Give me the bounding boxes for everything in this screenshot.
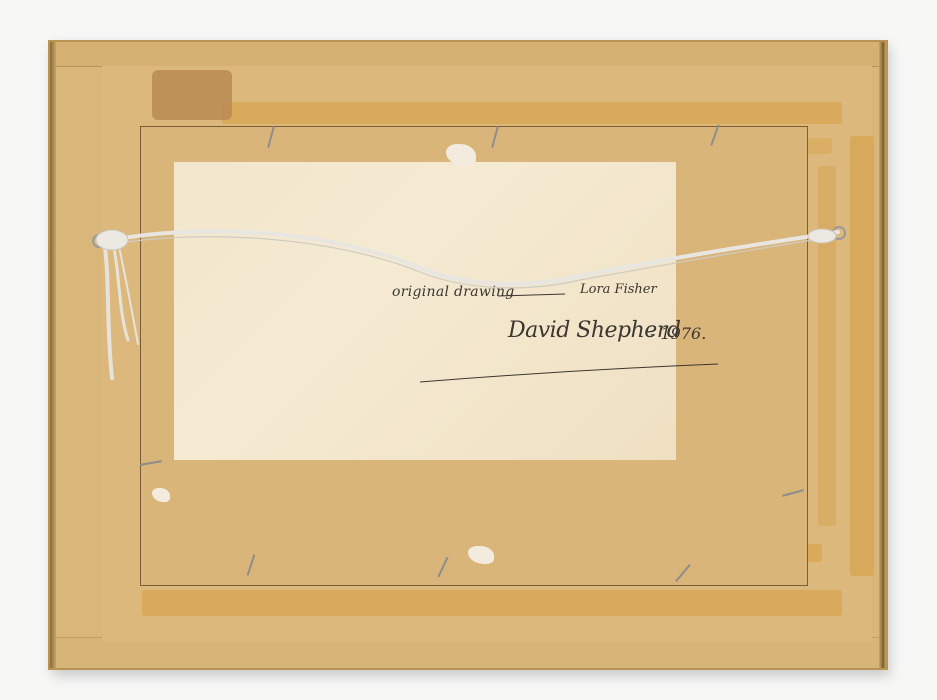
hanging-string [0,0,937,700]
